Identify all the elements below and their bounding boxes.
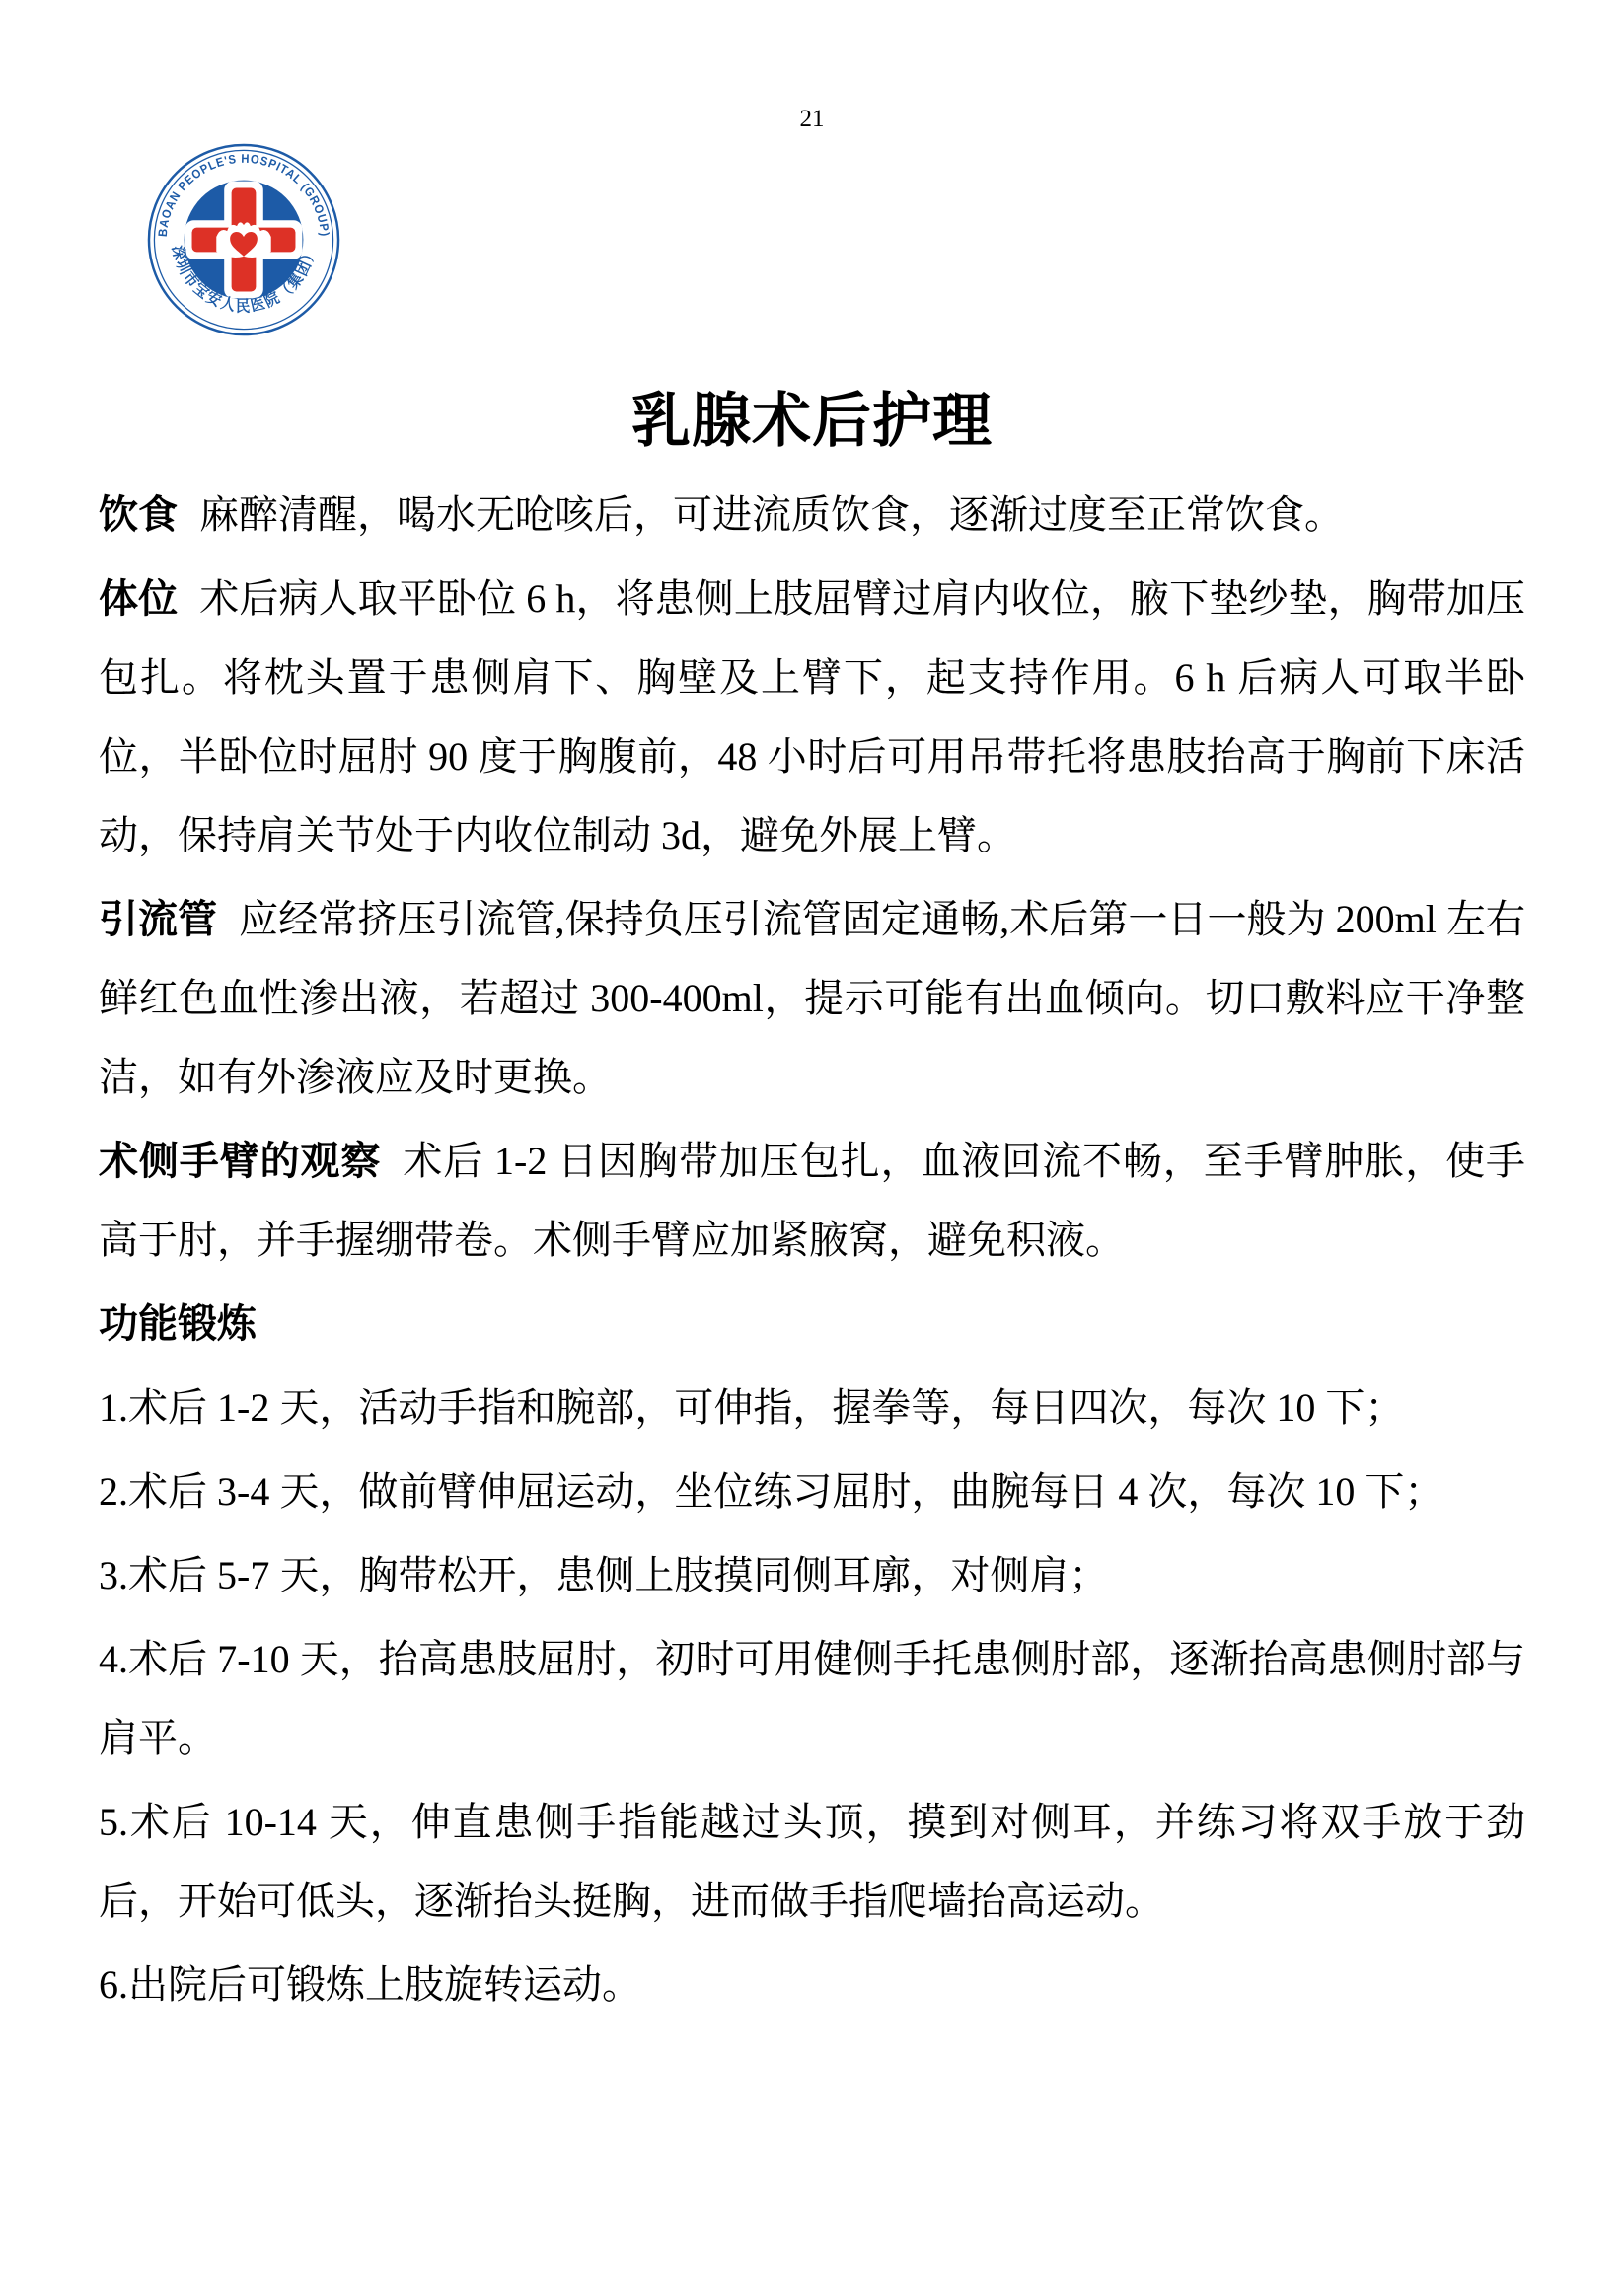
paragraph-label: 引流管	[99, 897, 217, 941]
paragraph: 5.术后 10-14 天，伸直患侧手指能越过头顶，摸到对侧耳，并练习将双手放于劲…	[99, 1783, 1525, 1941]
paragraph-text: 术后病人取平卧位 6 h，将患侧上肢屈臂过肩内收位，腋下垫纱垫，胸带加压包扎。将…	[99, 576, 1525, 857]
paragraph-text: 6.出院后可锻炼上肢旋转运动。	[99, 1963, 641, 2007]
paragraph: 1.术后 1-2 天，活动手指和腕部，可伸指，握拳等，每日四次，每次 10 下；	[99, 1369, 1525, 1447]
paragraph-label: 饮食	[99, 492, 178, 537]
paragraph-label: 术侧手臂的观察	[99, 1139, 381, 1183]
paragraph: 4.术后 7-10 天，抬高患肢屈肘，初时可用健侧手托患侧肘部，逐渐抬高患侧肘部…	[99, 1620, 1525, 1778]
paragraph: 6.出院后可锻炼上肢旋转运动。	[99, 1946, 1525, 2025]
paragraph: 2.术后 3-4 天，做前臂伸屈运动，坐位练习屈肘，曲腕每日 4 次，每次 10…	[99, 1452, 1525, 1531]
paragraph-text: 2.术后 3-4 天，做前臂伸屈运动，坐位练习屈肘，曲腕每日 4 次，每次 10…	[99, 1469, 1443, 1514]
paragraph-text: 4.术后 7-10 天，抬高患肢屈肘，初时可用健侧手托患侧肘部，逐渐抬高患侧肘部…	[99, 1637, 1525, 1760]
paragraph: 3.术后 5-7 天，胸带松开，患侧上肢摸同侧耳廓，对侧肩；	[99, 1536, 1525, 1615]
paragraph: 功能锻炼	[99, 1285, 1525, 1364]
paragraph-text: 应经常挤压引流管,保持负压引流管固定通畅,术后第一日一般为 200ml 左右鲜红…	[99, 897, 1525, 1099]
paragraph-label: 功能锻炼	[99, 1301, 257, 1346]
hospital-logo-icon: BAOAN PEOPLE'S HOSPITAL (GROUP) 深圳市宝安人民医…	[146, 142, 341, 337]
paragraph: 饮食麻醉清醒，喝水无呛咳后，可进流质饮食，逐渐过度至正常饮食。	[99, 476, 1525, 555]
document-page: 21 BAOAN PEOPLE'S HOSPITAL (GROUP) 深圳市宝安…	[0, 0, 1624, 2296]
document-title: 乳腺术后护理	[0, 377, 1624, 466]
paragraph: 引流管应经常挤压引流管,保持负压引流管固定通畅,术后第一日一般为 200ml 左…	[99, 880, 1525, 1117]
paragraph: 术侧手臂的观察术后 1-2 日因胸带加压包扎，血液回流不畅，至手臂肿胀，使手高于…	[99, 1122, 1525, 1280]
paragraph-label: 体位	[99, 576, 178, 621]
paragraph-text: 5.术后 10-14 天，伸直患侧手指能越过头顶，摸到对侧耳，并练习将双手放于劲…	[99, 1800, 1525, 1923]
paragraph-text: 1.术后 1-2 天，活动手指和腕部，可伸指，握拳等，每日四次，每次 10 下；	[99, 1385, 1404, 1430]
paragraph: 体位术后病人取平卧位 6 h，将患侧上肢屈臂过肩内收位，腋下垫纱垫，胸带加压包扎…	[99, 559, 1525, 875]
paragraph-text: 3.术后 5-7 天，胸带松开，患侧上肢摸同侧耳廓，对侧肩；	[99, 1553, 1108, 1597]
page-number: 21	[0, 105, 1624, 134]
paragraph-text: 麻醉清醒，喝水无呛咳后，可进流质饮食，逐渐过度至正常饮食。	[199, 492, 1344, 537]
document-body: 饮食麻醉清醒，喝水无呛咳后，可进流质饮食，逐渐过度至正常饮食。 体位术后病人取平…	[99, 476, 1525, 2030]
